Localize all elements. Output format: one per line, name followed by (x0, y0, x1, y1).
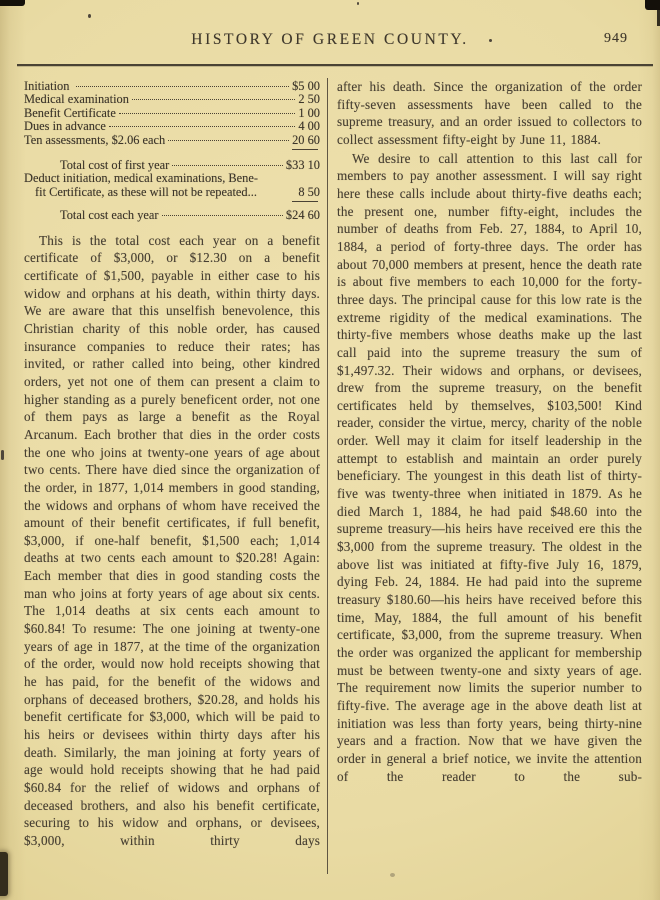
fee-label: Benefit Certificate (24, 107, 116, 120)
fee-label: Deduct initiation, medical examinations,… (24, 172, 258, 185)
dot-leader (109, 126, 295, 127)
scan-speck (489, 39, 492, 42)
fee-amount: 20 60 (292, 134, 320, 147)
fee-label: fit Certificate, as these will not be re… (24, 186, 257, 199)
scan-speck (390, 873, 395, 877)
book-page: HISTORY OF GREEN COUNTY. 949 Initiation … (0, 0, 660, 900)
fee-label: Total cost of first year (24, 159, 169, 172)
sum-rule (292, 149, 318, 150)
dot-leader (172, 165, 283, 166)
dot-leader (168, 140, 289, 141)
scan-speck (88, 14, 91, 18)
dot-leader (132, 99, 295, 100)
fee-amount: $24 60 (286, 209, 320, 222)
fee-label: Dues in advance (24, 120, 106, 133)
body-paragraph: We desire to call attention to this last… (337, 150, 642, 786)
scan-artifact (0, 852, 8, 896)
sum-rule (292, 201, 318, 202)
dot-leader (119, 113, 295, 114)
running-title: HISTORY OF GREEN COUNTY. (0, 31, 660, 49)
dot-leader (162, 215, 283, 216)
page-header: HISTORY OF GREEN COUNTY. 949 (0, 0, 660, 55)
two-column-layout: Initiation $5 00 Medical examination 2 5… (0, 66, 660, 874)
fee-row-certificate: Benefit Certificate 1 00 (24, 107, 320, 120)
fee-amount: $33 10 (286, 159, 320, 172)
scan-speck (1, 450, 4, 460)
fee-row-total: Total cost each year $24 60 (24, 209, 320, 222)
fee-table: Initiation $5 00 Medical examination 2 5… (24, 80, 320, 223)
fee-amount: 2 50 (298, 93, 320, 106)
fee-row-assessments: Ten assessments, $2.06 each 20 60 (24, 134, 320, 147)
fee-amount: 8 50 (298, 186, 320, 199)
fee-label: Total cost each year (24, 209, 159, 222)
fee-row-medical: Medical examination 2 50 (24, 93, 320, 106)
fee-row-deduction-line1: Deduct initiation, medical examinations,… (24, 172, 320, 185)
fee-row-initiation: Initiation $5 00 (24, 80, 320, 93)
fee-label: Medical examination (24, 93, 129, 106)
fee-row-deduction-line2: fit Certificate, as these will not be re… (24, 186, 320, 199)
body-paragraph: after his death. Since the organization … (337, 78, 642, 149)
fee-label: Ten assessments, $2.06 each (24, 134, 165, 147)
column-divider (327, 78, 328, 874)
dot-leader (76, 86, 290, 87)
fee-amount: 1 00 (298, 107, 320, 120)
fee-amount: 4 00 (298, 120, 320, 133)
scan-artifact (0, 0, 25, 6)
right-column: after his death. Since the organization … (337, 78, 642, 785)
fee-row-subtotal: Total cost of first year $33 10 (24, 159, 320, 172)
body-paragraph: This is the total cost each year on a be… (24, 232, 320, 850)
page-number: 949 (604, 31, 628, 47)
fee-amount: $5 00 (292, 80, 320, 93)
scan-speck (357, 2, 359, 5)
fee-row-dues: Dues in advance 4 00 (24, 120, 320, 133)
left-column: Initiation $5 00 Medical examination 2 5… (24, 78, 320, 850)
fee-label: Initiation (24, 80, 73, 93)
